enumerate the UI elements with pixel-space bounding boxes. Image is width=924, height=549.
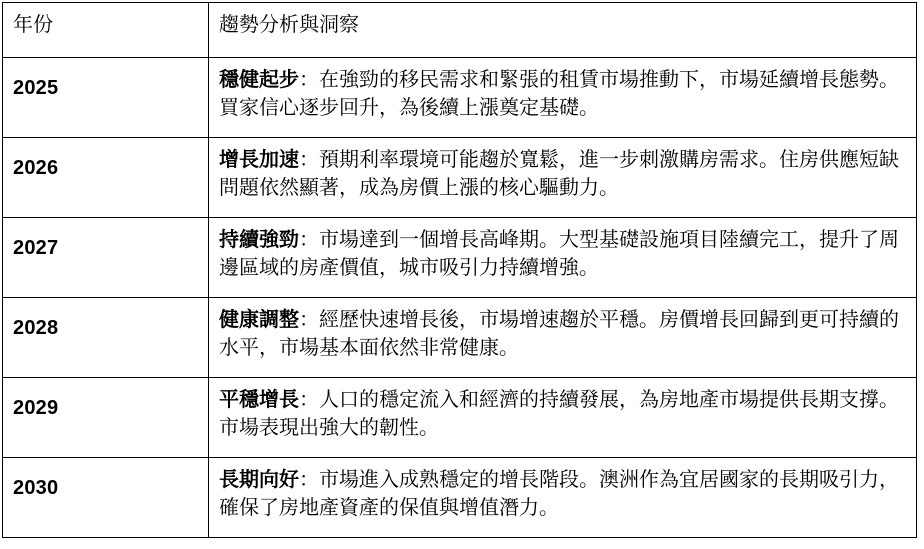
trend-title: 增長加速	[219, 149, 299, 171]
table-row-2027: 2027 持續強勁：市場達到一個增長高峰期。大型基礎設施項目陸續完工，提升了周邊…	[3, 218, 917, 298]
analysis-cell: 增長加速：預期利率環境可能趨於寬鬆，進一步刺激購房需求。住房供應短缺問題依然顯著…	[209, 138, 917, 218]
trend-text: 市場達到一個增長高峰期。大型基礎設施項目陸續完工，提升了周邊區域的房產價值，城市…	[219, 229, 899, 279]
year-cell: 2029	[3, 378, 209, 458]
colon-separator: ：	[299, 229, 319, 251]
colon-separator: ：	[299, 389, 319, 411]
colon-separator: ：	[299, 309, 319, 331]
table-row-2026: 2026 增長加速：預期利率環境可能趨於寬鬆，進一步刺激購房需求。住房供應短缺問…	[3, 138, 917, 218]
trend-title: 穩健起步	[219, 69, 299, 91]
trend-title: 平穩增長	[219, 389, 299, 411]
analysis-cell: 健康調整：經歷快速增長後，市場增速趨於平穩。房價增長回歸到更可持續的水平，市場基…	[209, 298, 917, 378]
colon-separator: ：	[299, 149, 319, 171]
trend-text: 預期利率環境可能趨於寬鬆，進一步刺激購房需求。住房供應短缺問題依然顯著，成為房價…	[219, 149, 899, 199]
trend-analysis-table: 年份 趨勢分析與洞察 2025 穩健起步：在強勁的移民需求和緊張的租賃市場推動下…	[2, 2, 917, 538]
trend-title: 長期向好	[219, 469, 299, 491]
trend-text: 經歷快速增長後，市場增速趨於平穩。房價增長回歸到更可持續的水平，市場基本面依然非…	[219, 309, 899, 359]
analysis-cell: 長期向好：市場進入成熟穩定的增長階段。澳洲作為宜居國家的長期吸引力，確保了房地產…	[209, 458, 917, 538]
analysis-column-header: 趨勢分析與洞察	[209, 3, 917, 58]
trend-title: 持續強勁	[219, 229, 299, 251]
trend-text: 人口的穩定流入和經濟的持續發展，為房地產市場提供長期支撐。市場表現出強大的韌性。	[219, 389, 899, 439]
table-row-2025: 2025 穩健起步：在強勁的移民需求和緊張的租賃市場推動下，市場延續增長態勢。買…	[3, 58, 917, 138]
table-row-2029: 2029 平穩增長：人口的穩定流入和經濟的持續發展，為房地產市場提供長期支撐。市…	[3, 378, 917, 458]
trend-title: 健康調整	[219, 309, 299, 331]
colon-separator: ：	[299, 469, 319, 491]
analysis-cell: 持續強勁：市場達到一個增長高峰期。大型基礎設施項目陸續完工，提升了周邊區域的房產…	[209, 218, 917, 298]
year-cell: 2026	[3, 138, 209, 218]
year-cell: 2028	[3, 298, 209, 378]
trend-text: 市場進入成熟穩定的增長階段。澳洲作為宜居國家的長期吸引力，確保了房地產資產的保值…	[219, 469, 899, 519]
analysis-cell: 穩健起步：在強勁的移民需求和緊張的租賃市場推動下，市場延續增長態勢。買家信心逐步…	[209, 58, 917, 138]
trend-text: 在強勁的移民需求和緊張的租賃市場推動下，市場延續增長態勢。買家信心逐步回升，為後…	[219, 69, 899, 119]
year-cell: 2030	[3, 458, 209, 538]
year-cell: 2025	[3, 58, 209, 138]
analysis-cell: 平穩增長：人口的穩定流入和經濟的持續發展，為房地產市場提供長期支撐。市場表現出強…	[209, 378, 917, 458]
table-header-row: 年份 趨勢分析與洞察	[3, 3, 917, 58]
table-row-2028: 2028 健康調整：經歷快速增長後，市場增速趨於平穩。房價增長回歸到更可持續的水…	[3, 298, 917, 378]
year-column-header: 年份	[3, 3, 209, 58]
table-row-2030: 2030 長期向好：市場進入成熟穩定的增長階段。澳洲作為宜居國家的長期吸引力，確…	[3, 458, 917, 538]
year-cell: 2027	[3, 218, 209, 298]
colon-separator: ：	[299, 69, 319, 91]
